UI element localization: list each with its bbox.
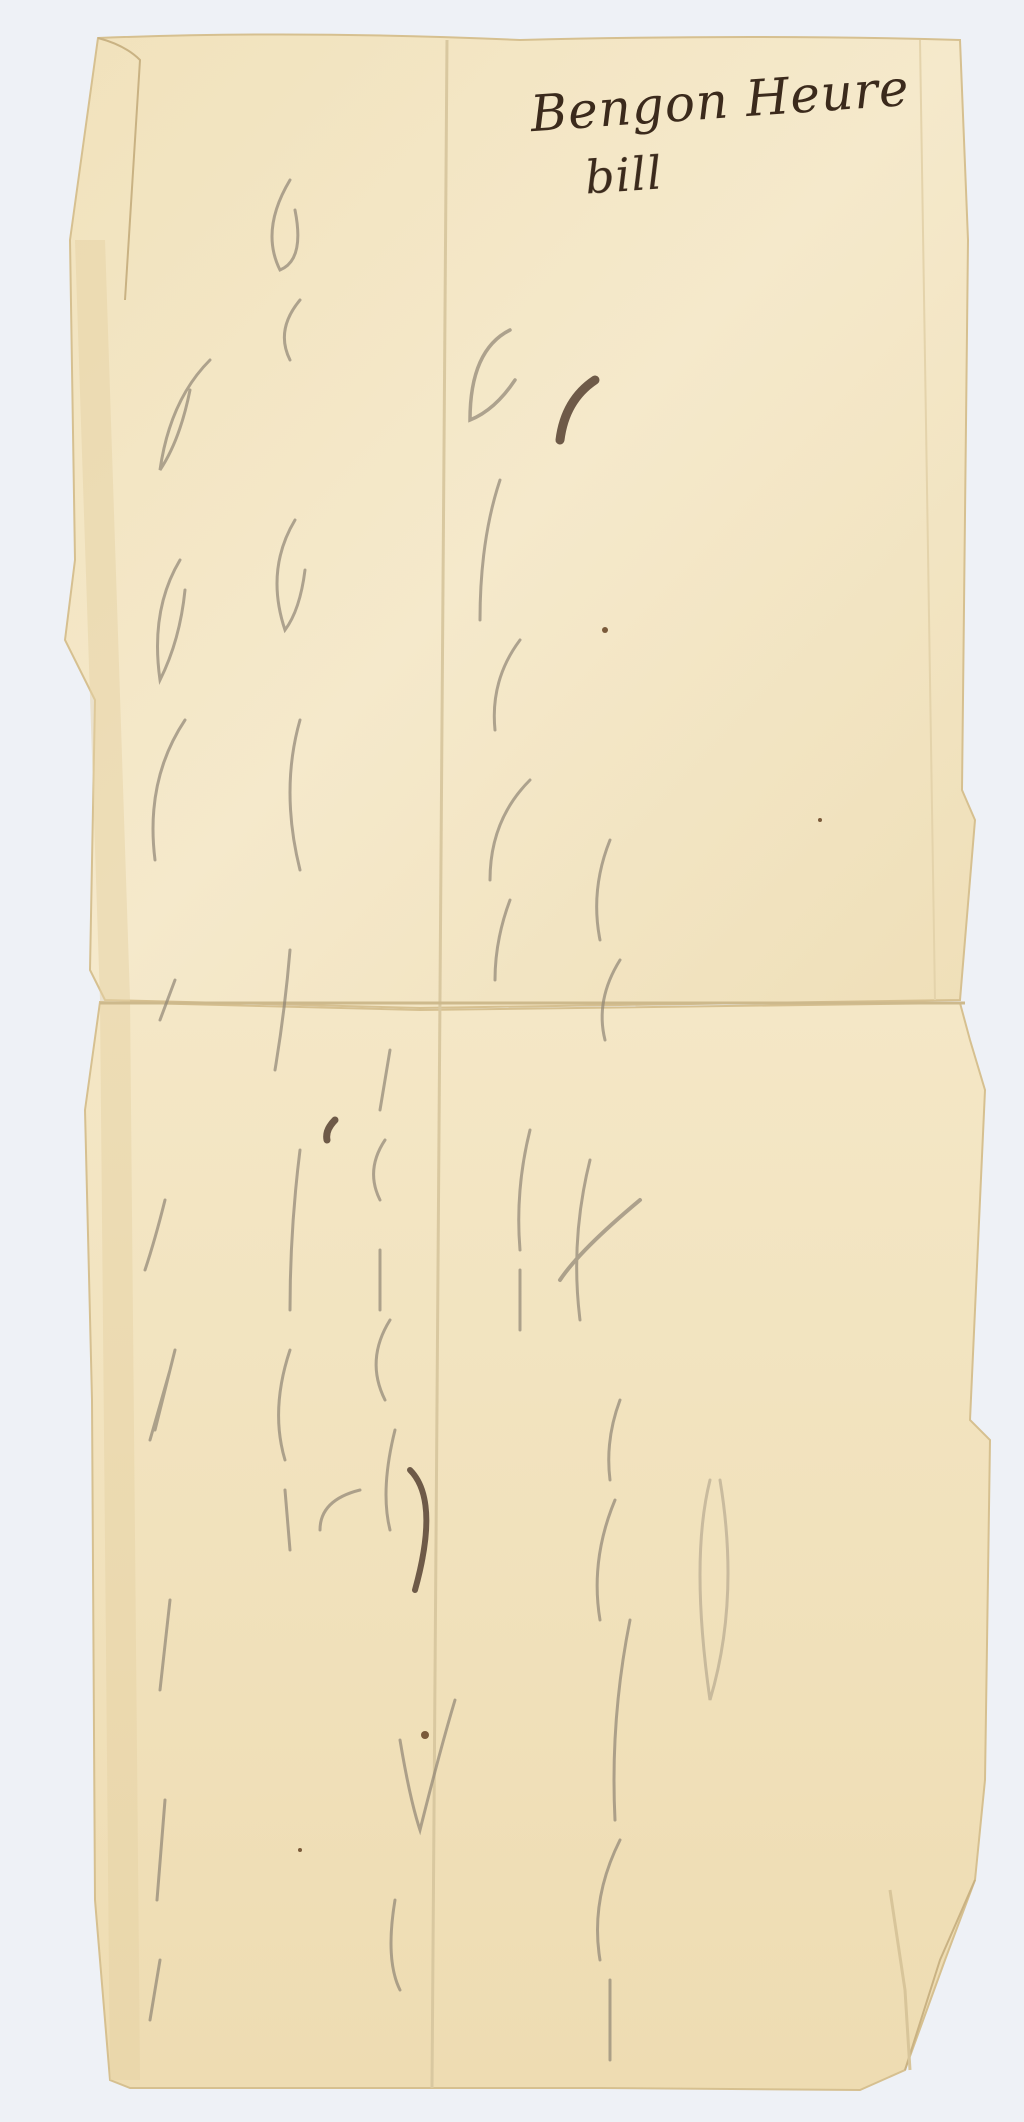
paper-upper-panel — [65, 34, 975, 1008]
paper-lower-panel — [85, 1002, 990, 2090]
ink-annotation-line2: bill — [583, 145, 664, 204]
document-scan — [0, 0, 1024, 2122]
